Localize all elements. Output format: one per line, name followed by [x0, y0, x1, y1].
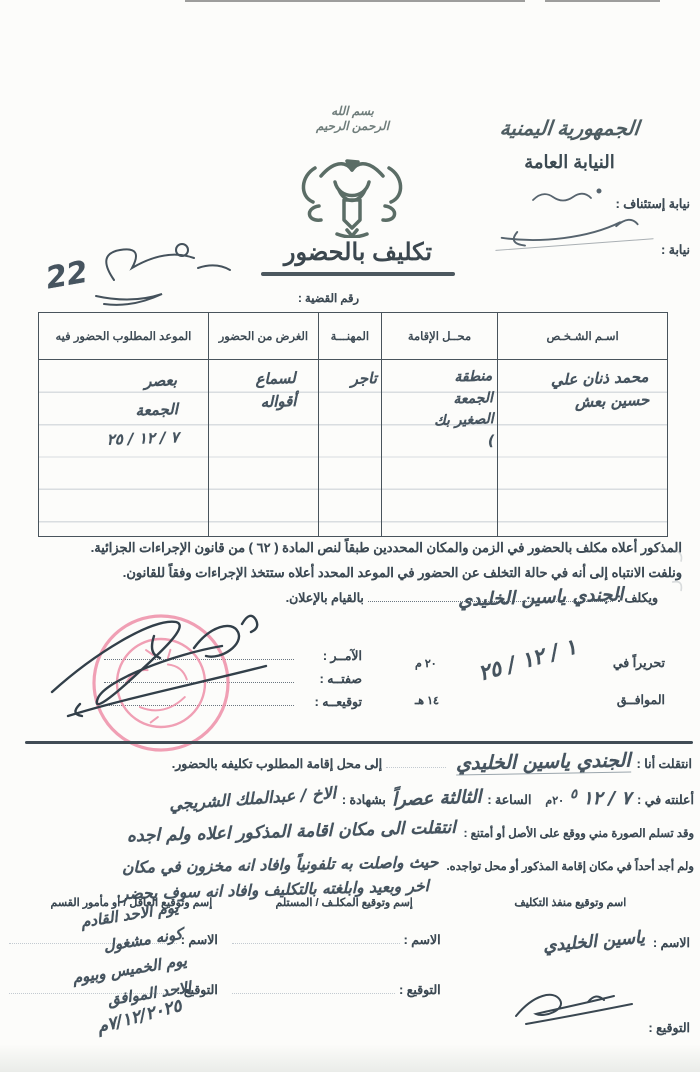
handwriting-scribble	[78, 224, 248, 314]
announced-label: أعلنته في :	[637, 792, 694, 807]
recipient-sign-line	[232, 993, 395, 994]
col-header-date: الموعد المطلوب الحضور فيه	[39, 313, 209, 360]
written-on-handwritten-date: ١ / ١٢ / ٢٥	[476, 635, 580, 686]
yemen-eagle-emblem-icon	[296, 146, 408, 238]
executor-signature-handwriting	[510, 982, 640, 1032]
col-header-profession: المهنـــة	[318, 313, 381, 360]
scan-artifact-line	[185, 0, 525, 2]
witness-handwritten: الاخ / عبدالملك الشريجي	[168, 783, 336, 814]
not-found-handwritten-1: حيث واصلت به تلفونياً وافاد انه مخزون في…	[122, 853, 439, 877]
notice-line-2: ونلفت الانتباه إلى أنه في حالة التخلف عن…	[18, 564, 682, 582]
moved-handwritten-name: الجندي ياسين الخليدي	[456, 749, 631, 775]
handwriting-scribble	[528, 184, 610, 208]
written-on-year-suffix: ٢٠ م	[415, 657, 437, 670]
moved-dotted-line	[386, 767, 446, 768]
scan-bottom-shading	[0, 1044, 700, 1072]
received-handwritten: انتقلت الى مكان اقامة المذكور اعلاه ولم …	[127, 818, 456, 847]
announced-year-suffix: ٢٠م	[545, 794, 564, 807]
orderer-signature-handwriting	[34, 596, 324, 751]
summons-table: اسـم الشـخـص محــل الإقامة المهنـــة الغ…	[38, 312, 668, 537]
corresponding-label: الموافــق	[617, 692, 665, 707]
not-found-label: ولم أجد أحداً في مكان إقامة المذكور أو م…	[446, 859, 694, 873]
moved-label: انتقلت أنا :	[637, 756, 692, 771]
recipient-signature-header: إسم وتوقيع المكلـف / المستلم	[238, 896, 451, 909]
executor-name-handwritten: ياسين الخليدي	[542, 928, 645, 957]
section-divider	[25, 741, 693, 744]
col-header-person-name: اسـم الشـخـص	[498, 313, 668, 360]
cell-date: بعصر الجمعة ٧ / ١٢ / ٢٥	[42, 365, 206, 456]
col-header-residence: محــل الإقامة	[381, 313, 497, 360]
republic-name: الجمهورية اليمنية	[461, 116, 679, 141]
written-on-label: تحريراً في	[613, 655, 665, 670]
title-underline	[261, 272, 455, 276]
col-header-purpose: الغرض من الحضور	[208, 313, 318, 360]
executor-name-label: الاسم :	[653, 935, 690, 950]
scan-artifact-line	[545, 0, 660, 2]
scanned-summons-document: الجمهورية اليمنية النيابة العامة نيابة إ…	[0, 0, 700, 1072]
written-on-row: تحريراً في ١ / ١٢ / ٢٥ ٢٠ م	[415, 648, 665, 672]
not-found-row: ولم أجد أحداً في مكان إقامة المذكور أو م…	[10, 856, 694, 874]
witness-label: بشهادة :	[342, 792, 386, 807]
corresponding-row: الموافــق ١٤ هـ	[415, 692, 665, 707]
summons-table-data-row: محمد ذنان علي حسين بعش منطقة الجمعة الصغ…	[39, 360, 668, 537]
cell-residence: منطقة الجمعة الصغير بك )	[384, 366, 494, 456]
received-label: وقد تسلم الصورة مني ووقع على الأصل أو أم…	[464, 826, 694, 840]
moved-suffix: إلى محل إقامة المطلوب تكليفه بالحضور.	[172, 756, 382, 771]
margin-faint-marks	[668, 540, 690, 624]
document-title: تكليف بالحضور	[263, 238, 453, 267]
executor-signature-header: اسم وتوقيع منفذ التكليف	[451, 896, 690, 909]
recipient-sign-label: التوقيع :	[399, 982, 441, 997]
niyaba-label: نيابة :	[661, 242, 690, 257]
hour-label: الساعة :	[487, 792, 531, 807]
basmala-calligraphy: بسم الله الرحمن الرحيم	[295, 104, 410, 134]
recipient-name-line	[232, 943, 400, 944]
recipient-name-label: الاسم :	[404, 932, 441, 947]
announced-handwritten-year-digit: ٥	[570, 787, 577, 802]
executor-sign-label: التوقيع :	[648, 1020, 690, 1035]
announced-handwritten-date: ٧ / ١٢	[583, 788, 631, 809]
cell-purpose: لسماع أقواله	[212, 366, 315, 416]
corresponding-year-suffix: ١٤ هـ	[415, 694, 439, 707]
assignment-dotted-line: الجندي ياسين الخليدي	[368, 601, 613, 602]
niyaba-row: نيابة :	[430, 208, 690, 257]
authority-name: النيابة العامة	[462, 152, 677, 173]
summons-table-header-row: اسـم الشـخـص محــل الإقامة المهنـــة الغ…	[39, 313, 668, 360]
announced-row: أعلنته في : ٧ / ١٢ ٥ ٢٠م الساعة : الثالث…	[14, 788, 694, 809]
moved-row: انتقلت أنا : الجندي ياسين الخليدي إلى مح…	[20, 751, 692, 774]
notice-line-1: المذكور أعلاه مكلف بالحضور في الزمن والم…	[18, 539, 682, 557]
hour-handwritten: الثالثة عصراً	[392, 786, 482, 810]
cell-person-name: محمد ذنان علي حسين بعش	[501, 365, 663, 417]
appeal-prosecution-row: نيابة إستئناف :	[440, 184, 690, 211]
cell-profession: تاجر	[323, 367, 378, 392]
received-row: وقد تسلم الصورة مني ووقع على الأصل أو أم…	[10, 822, 694, 842]
handwriting-scribble	[492, 208, 657, 254]
case-number-label: رقم القضية :	[298, 291, 359, 305]
assignment-handwritten-name: الجندي ياسين الخليدي	[457, 584, 623, 611]
